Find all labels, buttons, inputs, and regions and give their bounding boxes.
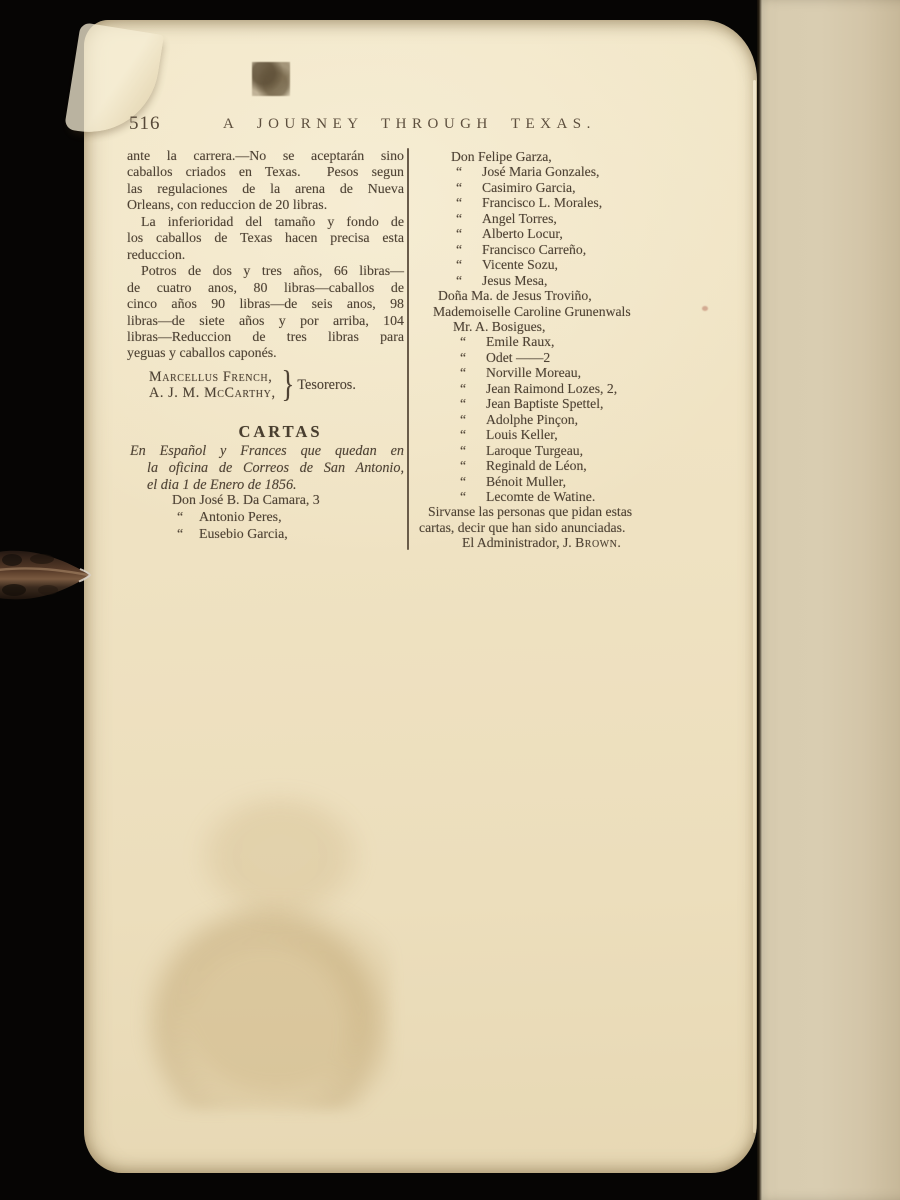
name-line: “Vicente Sozu, <box>418 257 758 272</box>
name-smallcaps: Brown. <box>575 535 621 550</box>
page-number: 516 <box>129 113 161 135</box>
pen-tip-icon <box>0 546 92 604</box>
name-text: Casimiro Garcia, <box>482 180 576 195</box>
brace-glyph: } <box>281 366 294 403</box>
text-line: libras—Reduccion de tres libras para <box>127 330 404 346</box>
ditto-mark: “ <box>460 474 486 489</box>
name-text: Emile Raux, <box>486 334 554 349</box>
text-line: yeguas y caballos caponés. <box>127 346 404 362</box>
text-line: reduccion. <box>127 248 404 264</box>
ditto-mark: “ <box>460 443 486 458</box>
name-text: Don Felipe Garza, <box>451 149 552 164</box>
facing-page-edge <box>757 0 900 1200</box>
name-text: Jean Raimond Lozes, 2, <box>486 381 617 396</box>
letters-name-list: Don Felipe Garza,“José Maria Gonzales,“C… <box>418 149 758 551</box>
intro-line: En Español y Frances que quedan en <box>127 443 404 460</box>
ditto-mark: “ <box>177 527 199 544</box>
name-line: “Angel Torres, <box>418 211 758 226</box>
name-line: “Emile Raux, <box>418 334 758 349</box>
name-text: Mr. A. Bosigues, <box>453 319 545 334</box>
name-text: Jesus Mesa, <box>482 273 547 288</box>
name-text: Reginald de Léon, <box>486 458 587 473</box>
text-line: caballos criados en Texas. Pesos segun <box>127 165 404 181</box>
right-column: Don Felipe Garza,“José Maria Gonzales,“C… <box>418 149 758 551</box>
ditto-mark: “ <box>460 489 486 504</box>
name-text: Bénoit Muller, <box>486 474 566 489</box>
name-line: Sirvanse las personas que pidan estas <box>418 504 758 519</box>
name-line: “Jean Raimond Lozes, 2, <box>418 381 758 396</box>
treasurer-name: Marcellus French, <box>149 369 276 386</box>
ditto-mark: “ <box>456 273 482 288</box>
name-line: Don José B. Da Camara, 3 <box>127 493 404 510</box>
name-text: Alberto Locur, <box>482 226 563 241</box>
text-line: de cuatro anos, 80 libras—caballos de <box>127 281 404 297</box>
name-line: “Jesus Mesa, <box>418 273 758 288</box>
name-text: Jean Baptiste Spettel, <box>486 396 603 411</box>
name-line: “Jean Baptiste Spettel, <box>418 396 758 411</box>
text-line: Potros de dos y tres años, 66 libras— <box>127 264 404 280</box>
cartas-section: CARTAS En Español y Frances que quedan e… <box>127 424 404 544</box>
text-line: La inferioridad del tamaño y fondo de <box>127 215 404 231</box>
ditto-mark: “ <box>456 257 482 272</box>
ditto-mark: “ <box>456 195 482 210</box>
text-line: Orleans, con reduccion de 20 libras. <box>127 198 404 214</box>
name-text: Adolphe Pinçon, <box>486 412 578 427</box>
name-line: “Lecomte de Watine. <box>418 489 758 504</box>
ditto-mark: “ <box>460 396 486 411</box>
name-line: “Antonio Peres, <box>127 510 404 527</box>
name-text: Mademoiselle Caroline Grunenwals <box>433 304 631 319</box>
name-text: Francisco Carreño, <box>482 242 586 257</box>
ditto-mark: “ <box>460 350 486 365</box>
name-line: “Norville Moreau, <box>418 365 758 380</box>
treasurer-name: A. J. M. McCarthy, <box>149 385 276 402</box>
ditto-mark: “ <box>456 226 482 241</box>
text-line: los caballos de Texas hacen precisa esta <box>127 231 404 247</box>
column-divider-rule <box>407 148 409 550</box>
text-line: las regulaciones de la arena de Nueva <box>127 182 404 198</box>
name-line: Don Felipe Garza, <box>418 149 758 164</box>
text-line: ante la carrera.—No se aceptarán sino <box>127 149 404 165</box>
book-page: 516 A JOURNEY THROUGH TEXAS. ante la car… <box>84 20 757 1173</box>
race-rules-paragraphs: ante la carrera.—No se aceptarán sinocab… <box>127 149 404 363</box>
name-line: cartas, decir que han sido anunciadas. <box>418 520 758 535</box>
treasurer-names: Marcellus French,A. J. M. McCarthy, <box>149 369 276 402</box>
name-text: Odet ——2 <box>486 350 550 365</box>
name-text: Antonio Peres, <box>199 510 282 525</box>
ditto-mark: “ <box>460 427 486 442</box>
page-stain-small <box>192 788 368 924</box>
name-text: Norville Moreau, <box>486 365 581 380</box>
name-line: “Francisco Carreño, <box>418 242 758 257</box>
ditto-mark: “ <box>456 211 482 226</box>
name-text: Vicente Sozu, <box>482 257 558 272</box>
intro-line: la oficina de Correos de San Antonio, <box>127 460 404 477</box>
name-line: “Francisco L. Morales, <box>418 195 758 210</box>
ditto-mark: “ <box>456 180 482 195</box>
ditto-mark: “ <box>460 365 486 380</box>
name-text: Eusebio Garcia, <box>199 527 288 542</box>
ditto-mark: “ <box>456 242 482 257</box>
running-title: A JOURNEY THROUGH TEXAS. <box>223 116 596 133</box>
page-header: 516 A JOURNEY THROUGH TEXAS. <box>84 113 757 139</box>
name-text: Sirvanse las personas que pidan estas <box>428 504 632 519</box>
name-text: José Maria Gonzales, <box>482 164 599 179</box>
treasurer-block: Marcellus French,A. J. M. McCarthy, } Te… <box>127 366 404 405</box>
ditto-mark: “ <box>460 334 486 349</box>
name-line: “José Maria Gonzales, <box>418 164 758 179</box>
name-line: “Laroque Turgeau, <box>418 443 758 458</box>
ditto-mark: “ <box>177 510 199 527</box>
name-line: Doña Ma. de Jesus Troviño, <box>418 288 758 303</box>
name-line: “Bénoit Muller, <box>418 474 758 489</box>
ditto-mark: “ <box>456 164 482 179</box>
name-text: Doña Ma. de Jesus Troviño, <box>438 288 592 303</box>
treasurer-label: Tesoreros. <box>297 377 356 393</box>
intro-line: el dia 1 de Enero de 1856. <box>127 477 404 494</box>
ink-smudge <box>252 62 290 96</box>
name-line: “Reginald de Léon, <box>418 458 758 473</box>
name-text: Lecomte de Watine. <box>486 489 595 504</box>
name-text: Louis Keller, <box>486 427 558 442</box>
name-text: Angel Torres, <box>482 211 557 226</box>
name-line: “Eusebio Garcia, <box>127 527 404 544</box>
name-line: El Administrador, J. Brown. <box>418 535 758 550</box>
name-line: “Adolphe Pinçon, <box>418 412 758 427</box>
page-stain-large <box>140 898 392 1110</box>
name-text: Francisco L. Morales, <box>482 195 602 210</box>
left-column: ante la carrera.—No se aceptarán sinocab… <box>127 149 404 544</box>
name-line: “Odet ——2 <box>418 350 758 365</box>
name-line: “Louis Keller, <box>418 427 758 442</box>
cartas-intro: En Español y Frances que quedan enla ofi… <box>127 443 404 493</box>
name-line: Mademoiselle Caroline Grunenwals <box>418 304 758 319</box>
ditto-mark: “ <box>460 381 486 396</box>
ditto-mark: “ <box>460 458 486 473</box>
ditto-mark: “ <box>460 412 486 427</box>
name-line: “Casimiro Garcia, <box>418 180 758 195</box>
name-line: Mr. A. Bosigues, <box>418 319 758 334</box>
text-line: libras—de siete años y por arriba, 104 <box>127 314 404 330</box>
text-line: cinco años 90 libras—de seis anos, 98 <box>127 297 404 313</box>
pen-tip-object <box>0 546 92 604</box>
name-text: cartas, decir que han sido anunciadas. <box>419 520 625 535</box>
cartas-name-list: Don José B. Da Camara, 3“Antonio Peres,“… <box>127 493 404 544</box>
cartas-heading: CARTAS <box>127 424 404 440</box>
name-text: Don José B. Da Camara, 3 <box>172 493 320 508</box>
name-line: “Alberto Locur, <box>418 226 758 241</box>
name-text: Laroque Turgeau, <box>486 443 583 458</box>
name-text: El Administrador, J. <box>462 535 575 550</box>
